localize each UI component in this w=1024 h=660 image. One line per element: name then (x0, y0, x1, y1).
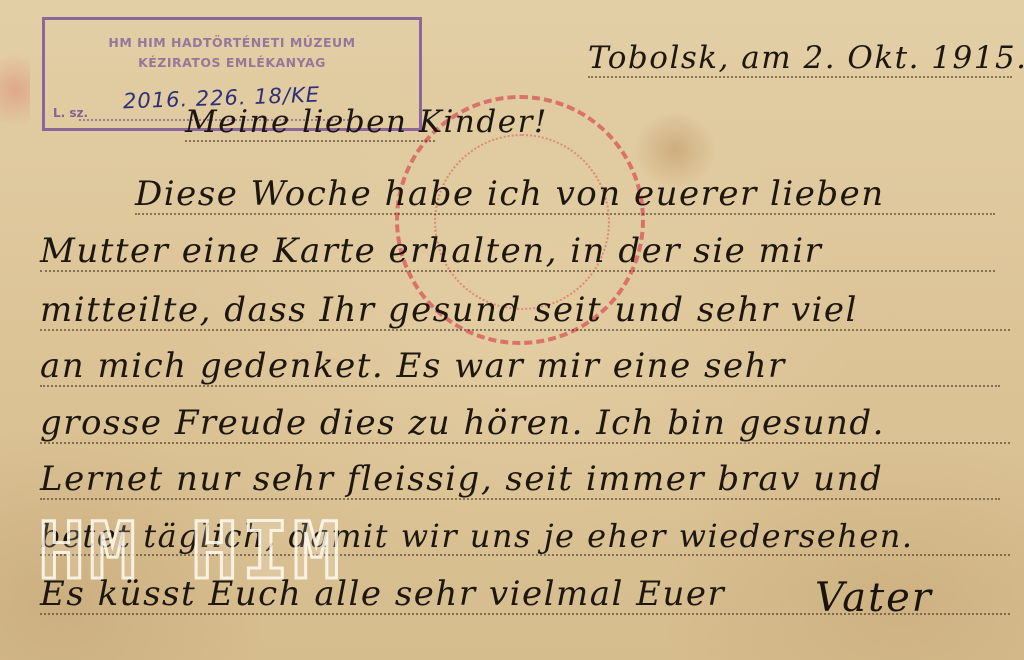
letter-line: an mich gedenket. Es war mir eine sehr (40, 345, 1000, 387)
archive-stamp-title: HM HIM HADTÖRTÉNETI MÚZEUM (45, 35, 419, 50)
letter-line: mitteilte, dass Ihr gesund seit und sehr… (40, 289, 1010, 331)
signature: Vater (815, 575, 933, 621)
letter-line: Mutter eine Karte erhalten, in der sie m… (40, 230, 995, 272)
archive-stamp-label: L. sz. (53, 106, 88, 120)
place-date: Tobolsk, am 2. Okt. 1915. (588, 43, 1024, 74)
letter-line: grosse Freude dies zu hören. Ich bin ges… (40, 402, 1010, 444)
letter-line-text: grosse Freude dies zu hören. Ich bin ges… (40, 406, 885, 440)
place-date-line: Tobolsk, am 2. Okt. 1915. (588, 36, 1012, 78)
postcard: HM HIM HADTÖRTÉNETI MÚZEUM KÉZIRATOS EML… (0, 0, 1024, 660)
red-postmark-fragment (0, 40, 30, 140)
letter-line-text: an mich gedenket. Es war mir eine sehr (40, 349, 786, 383)
letter-line: Lernet nur sehr fleissig, seit immer bra… (40, 458, 1000, 500)
letter-line-text: mitteilte, dass Ihr gesund seit und sehr… (40, 293, 858, 327)
salutation-line: Meine lieben Kinder! (185, 100, 435, 142)
salutation: Meine lieben Kinder! (185, 107, 548, 138)
museum-watermark: HM HIM (38, 513, 344, 591)
letter-line: Diese Woche habe ich von euerer lieben (135, 173, 995, 215)
archive-stamp-subtitle: KÉZIRATOS EMLÉKANYAG (45, 55, 419, 70)
letter-line-text: Mutter eine Karte erhalten, in der sie m… (40, 234, 822, 268)
letter-line-text: Diese Woche habe ich von euerer lieben (135, 177, 885, 211)
letter-line-text: Lernet nur sehr fleissig, seit immer bra… (40, 462, 883, 496)
